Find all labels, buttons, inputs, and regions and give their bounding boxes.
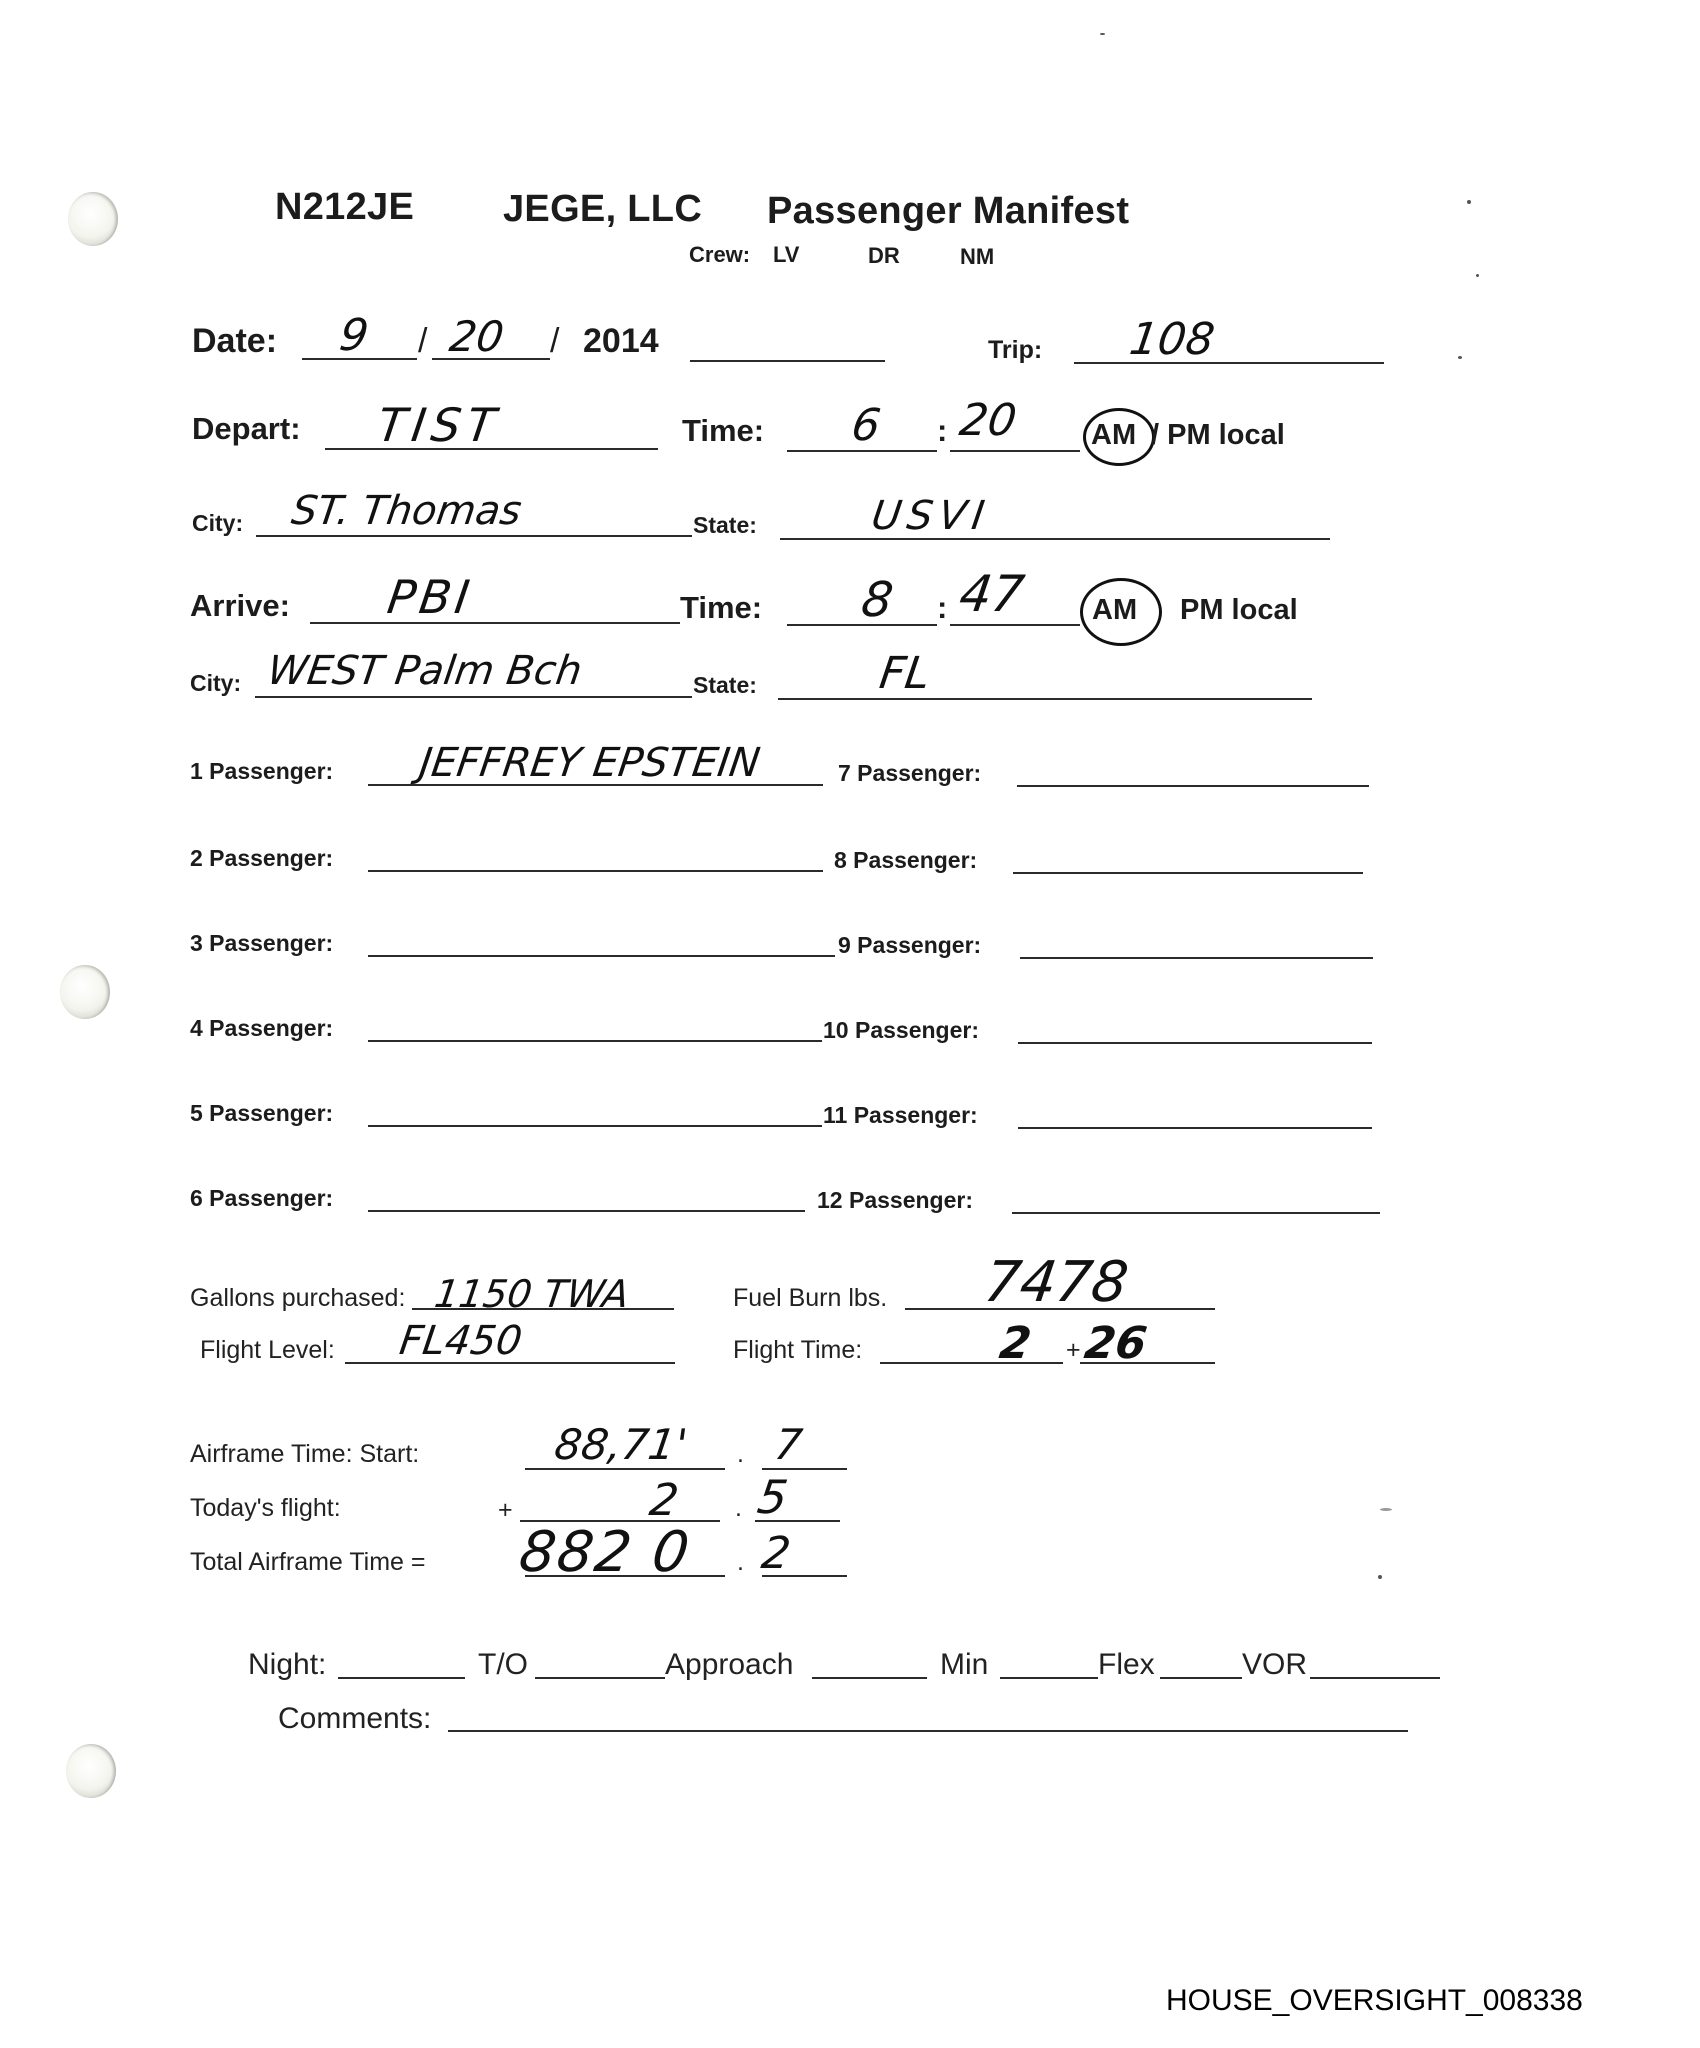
- depart-am-option[interactable]: AM: [1091, 419, 1136, 452]
- scan-speck: [1458, 356, 1462, 359]
- scan-speck: [1380, 1508, 1392, 1511]
- passenger-5-label: 5 Passenger:: [190, 1100, 333, 1127]
- arrive-time-colon: :: [937, 590, 947, 626]
- flight-level-label: Flight Level:: [200, 1336, 335, 1365]
- vor-label: VOR: [1242, 1648, 1307, 1682]
- passenger-9-label: 9 Passenger:: [838, 932, 981, 959]
- airframe-start-field[interactable]: 88,71': [552, 1420, 691, 1469]
- passenger-2-line[interactable]: [368, 870, 823, 872]
- passenger-7-line[interactable]: [1017, 785, 1369, 787]
- vor-field[interactable]: [1310, 1677, 1440, 1679]
- flight-time-minutes-field[interactable]: 26: [1081, 1318, 1149, 1369]
- arrive-airport-field[interactable]: PBI: [384, 570, 476, 624]
- passenger-12-line[interactable]: [1012, 1212, 1380, 1214]
- arrive-state-line: [778, 698, 1312, 700]
- flight-level-field[interactable]: FL450: [397, 1318, 525, 1364]
- min-field[interactable]: [1000, 1677, 1098, 1679]
- arrive-label: Arrive:: [190, 588, 290, 624]
- depart-city-line: [256, 535, 692, 537]
- arrive-line: [310, 622, 680, 624]
- passenger-11-label: 11 Passenger:: [823, 1102, 978, 1129]
- depart-time-colon: :: [937, 413, 947, 449]
- crew-label: Crew:: [689, 242, 750, 268]
- fuel-burn-label: Fuel Burn lbs.: [733, 1284, 887, 1313]
- to-field[interactable]: [535, 1677, 665, 1679]
- depart-airport-field[interactable]: TIST: [374, 398, 505, 452]
- crew-member-3: NM: [960, 244, 994, 270]
- todays-flight-dot: .: [735, 1494, 742, 1523]
- to-label: T/O: [478, 1648, 528, 1682]
- depart-pm-option[interactable]: / PM local: [1151, 419, 1285, 452]
- arrive-time-label: Time:: [680, 590, 762, 626]
- passenger-12-label: 12 Passenger:: [817, 1187, 973, 1214]
- depart-minute-field[interactable]: 20: [956, 395, 1019, 446]
- gallons-label: Gallons purchased:: [190, 1284, 405, 1313]
- passenger-10-line[interactable]: [1018, 1042, 1372, 1044]
- company-name: JEGE, LLC: [503, 188, 702, 231]
- arrive-city-field[interactable]: WEST Palm Bch: [265, 648, 585, 694]
- flex-label: Flex: [1098, 1648, 1155, 1682]
- binder-hole-middle: [60, 965, 110, 1019]
- arrive-am-option[interactable]: AM: [1092, 594, 1137, 627]
- depart-hour-field[interactable]: 6: [848, 400, 883, 451]
- passenger-9-line[interactable]: [1020, 957, 1373, 959]
- todays-flight-tenths-field[interactable]: 5: [754, 1470, 791, 1524]
- depart-state-field[interactable]: USVI: [869, 493, 993, 539]
- arrive-state-label: State:: [693, 672, 757, 699]
- tail-number: N212JE: [275, 186, 414, 229]
- gallons-field[interactable]: 1150 TWA: [432, 1272, 632, 1316]
- binder-hole-top: [68, 192, 118, 246]
- todays-flight-plus: +: [498, 1496, 513, 1525]
- total-airframe-dot: .: [737, 1548, 744, 1577]
- todays-flight-field[interactable]: 2: [646, 1475, 681, 1526]
- passenger-3-line[interactable]: [368, 955, 835, 957]
- flight-time-label: Flight Time:: [733, 1336, 862, 1365]
- depart-label: Depart:: [192, 411, 301, 447]
- arrive-city-label: City:: [190, 670, 241, 697]
- passenger-8-line[interactable]: [1013, 872, 1363, 874]
- fuel-burn-field[interactable]: 7478: [980, 1250, 1132, 1315]
- approach-field[interactable]: [812, 1677, 927, 1679]
- crew-member-2: DR: [868, 243, 900, 269]
- airframe-start-label: Airframe Time: Start:: [190, 1440, 419, 1469]
- date-separator: /: [550, 322, 559, 361]
- arrive-city-line: [255, 696, 692, 698]
- arrive-pm-option[interactable]: PM local: [1180, 594, 1298, 627]
- passenger-5-line[interactable]: [368, 1125, 822, 1127]
- arrive-minute-line: [950, 624, 1080, 626]
- passenger-2-label: 2 Passenger:: [190, 845, 333, 872]
- depart-state-label: State:: [693, 512, 757, 539]
- date-day-field[interactable]: 20: [447, 312, 507, 361]
- depart-city-label: City:: [192, 510, 243, 537]
- bates-number: HOUSE_OVERSIGHT_008338: [1166, 1984, 1583, 2018]
- trip-number-field[interactable]: 108: [1126, 314, 1217, 365]
- total-airframe-field[interactable]: 882 0: [515, 1520, 694, 1585]
- comments-field[interactable]: [448, 1730, 1408, 1732]
- trip-label: Trip:: [988, 336, 1042, 365]
- depart-minute-line: [950, 450, 1080, 452]
- passenger-4-label: 4 Passenger:: [190, 1015, 333, 1042]
- min-label: Min: [940, 1648, 988, 1682]
- passenger-1-field[interactable]: JEFFREY EPSTEIN: [417, 740, 763, 786]
- depart-time-label: Time:: [682, 413, 764, 449]
- airframe-start-dot: .: [737, 1440, 744, 1469]
- passenger-10-label: 10 Passenger:: [823, 1017, 979, 1044]
- flight-time-plus: +: [1066, 1336, 1081, 1365]
- night-label: Night:: [248, 1648, 326, 1682]
- passenger-4-line[interactable]: [368, 1040, 822, 1042]
- total-airframe-label: Total Airframe Time =: [190, 1548, 426, 1577]
- scan-speck: [1378, 1575, 1382, 1579]
- trip-line: [1074, 362, 1384, 364]
- date-label: Date:: [192, 322, 277, 361]
- passenger-8-label: 8 Passenger:: [834, 847, 977, 874]
- arrive-hour-field[interactable]: 8: [858, 572, 896, 628]
- crew-member-1: LV: [773, 242, 799, 268]
- passenger-3-label: 3 Passenger:: [190, 930, 333, 957]
- comments-label: Comments:: [278, 1702, 431, 1736]
- passenger-11-line[interactable]: [1018, 1127, 1372, 1129]
- depart-state-line: [780, 538, 1330, 540]
- depart-city-field[interactable]: ST. Thomas: [289, 488, 525, 534]
- date-separator: /: [418, 322, 427, 361]
- binder-hole-bottom: [66, 1744, 116, 1798]
- total-airframe-tenths-field[interactable]: 2: [758, 1528, 793, 1579]
- approach-label: Approach: [665, 1648, 793, 1682]
- passenger-6-label: 6 Passenger:: [190, 1185, 333, 1212]
- passenger-7-label: 7 Passenger:: [838, 760, 981, 787]
- date-trailing-line: [690, 360, 885, 362]
- todays-flight-label: Today's flight:: [190, 1494, 341, 1523]
- scan-speck: [1100, 33, 1105, 35]
- date-year: 2014: [583, 322, 659, 361]
- airframe-start-tenths-field[interactable]: 7: [772, 1420, 806, 1469]
- page-title: Passenger Manifest: [767, 190, 1129, 233]
- scan-speck: [1467, 200, 1471, 204]
- date-month-field[interactable]: 9: [336, 310, 371, 361]
- arrive-minute-field[interactable]: 47: [956, 565, 1028, 623]
- passenger-1-label: 1 Passenger:: [190, 758, 333, 785]
- arrive-state-field[interactable]: FL: [876, 648, 933, 699]
- night-field[interactable]: [338, 1677, 465, 1679]
- flight-time-hours-line: [880, 1362, 1063, 1364]
- scan-speck: [1476, 274, 1479, 277]
- passenger-6-line[interactable]: [368, 1210, 805, 1212]
- flex-field[interactable]: [1160, 1677, 1242, 1679]
